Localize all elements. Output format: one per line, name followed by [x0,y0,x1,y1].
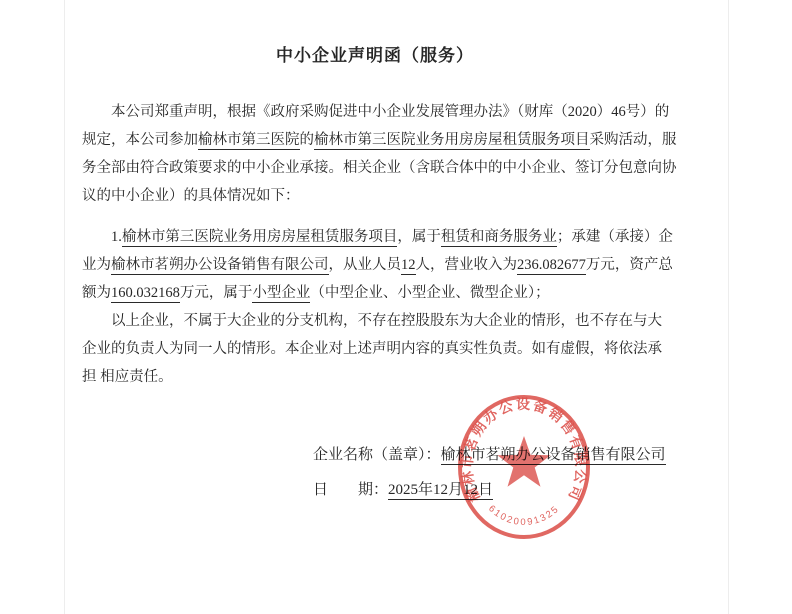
text-line: 规定，本公司参加榆林市第三医院的榆林市第三医院业务用房房屋租赁服务项目采购活动，… [82,126,668,154]
text-line: 本公司郑重声明，根据《政府采购促进中小企业发展管理办法》（财库（2020）46号… [82,98,668,126]
text-run: 额为 [82,285,111,301]
underlined-text-run: 榆林市茗朔办公设备销售有限公司 [111,257,329,275]
underlined-text-run: 榆林市第三医院 [198,132,300,150]
text-run: 的 [300,132,315,148]
seal-serial-number: 61020091325 [486,503,562,528]
text-run: ，属于 [397,229,441,245]
text-run: 本公司郑重声明，根据《政府采购促进中小企业发展管理办法》（财库（2020）46号… [111,104,669,120]
text-line: 以上企业，不属于大企业的分支机构，不存在控股股东为大企业的情形，也不存在与大 [82,307,668,335]
underlined-text-run: 12 [401,257,416,275]
company-name-label: 企业名称（盖章）： [313,447,441,463]
text-run: 议的中小企业）的具体情况如下： [82,188,300,204]
paragraph: 以上企业，不属于大企业的分支机构，不存在控股股东为大企业的情形，也不存在与大企业… [82,307,668,391]
text-run: 业为 [82,257,111,273]
text-run: 务全部由符合政策要求的中小企业承接。相关企业（含联合体中的中小企业、签订分包意向… [82,160,677,176]
text-line: 额为160.032168万元，属于小型企业（中型企业、小型企业、微型企业）； [82,279,668,307]
text-line: 企业的负责人为同一人的情形。本企业对上述声明内容的真实性负责。如有虚假，将依法承 [82,335,668,363]
underlined-text-run: 租赁和商务服务业 [441,229,557,247]
date-row: 日 期：2025年12月12日 [313,476,666,504]
underlined-text-run: 榆林市第三医院业务用房房屋租赁服务项目 [122,229,398,247]
text-run: 1. [111,229,122,245]
text-run: 人，营业收入为 [416,257,518,273]
underlined-text-run: 小型企业 [252,285,310,303]
signature-block: 企业名称（盖章）：榆林市茗朔办公设备销售有限公司 日 期：2025年12月12日 [313,441,666,504]
text-run: 担 相应责任。 [82,369,173,385]
document-body: 本公司郑重声明，根据《政府采购促进中小企业发展管理办法》（财库（2020）46号… [82,98,668,391]
text-run: 规定，本公司参加 [82,132,198,148]
text-run: 万元，属于 [180,285,253,301]
page-edge-right [728,0,729,614]
text-run: 以上企业，不属于大企业的分支机构，不存在控股股东为大企业的情形，也不存在与大 [111,313,662,329]
company-name-row: 企业名称（盖章）：榆林市茗朔办公设备销售有限公司 [313,441,666,469]
text-line: 业为榆林市茗朔办公设备销售有限公司，从业人员12人，营业收入为236.08267… [82,251,668,279]
underlined-text-run: 236.082677 [517,257,586,275]
text-run: ，从业人员 [329,257,402,273]
text-run: 采购活动，服 [590,132,677,148]
text-run: 企业的负责人为同一人的情形。本企业对上述声明内容的真实性负责。如有虚假，将依法承 [82,341,662,357]
text-line: 议的中小企业）的具体情况如下： [82,182,668,210]
date-value: 2025年12月12日 [388,482,493,500]
underlined-text-run: 榆林市第三医院业务用房房屋租赁服务项目 [314,132,590,150]
text-run: （中型企业、小型企业、微型企业）； [310,285,549,301]
paragraph: 1.榆林市第三医院业务用房房屋租赁服务项目，属于租赁和商务服务业；承建（承接）企… [82,223,668,307]
text-line: 务全部由符合政策要求的中小企业承接。相关企业（含联合体中的中小企业、签订分包意向… [82,154,668,182]
text-run: 万元，资产总 [586,257,673,273]
company-name-value: 榆林市茗朔办公设备销售有限公司 [441,447,666,465]
paragraph: 本公司郑重声明，根据《政府采购促进中小企业发展管理办法》（财库（2020）46号… [82,98,668,210]
text-line: 1.榆林市第三医院业务用房房屋租赁服务项目，属于租赁和商务服务业；承建（承接）企 [82,223,668,251]
underlined-text-run: 160.032168 [111,285,180,303]
document-page: 中小企业声明函（服务） 本公司郑重声明，根据《政府采购促进中小企业发展管理办法》… [0,0,792,614]
text-line: 担 相应责任。 [82,363,668,391]
text-run: ；承建（承接）企 [557,229,673,245]
document-title: 中小企业声明函（服务） [82,44,668,68]
svg-text:61020091325: 61020091325 [486,503,562,528]
page-edge-left [64,0,65,614]
date-label: 日 期： [313,482,388,498]
